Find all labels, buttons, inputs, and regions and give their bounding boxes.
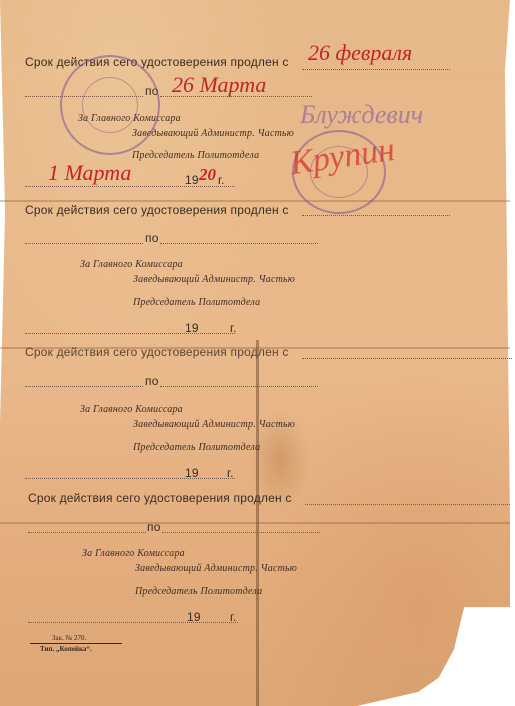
order-number: Зак. № 270. (52, 634, 86, 642)
chairman-label: Председатель Политотдела (135, 586, 262, 597)
date-field (25, 478, 235, 479)
fold-line (0, 522, 510, 524)
year-prefix: 19 (185, 321, 199, 335)
for-commissar-label: За Главного Комиссара (80, 259, 183, 270)
round-stamp-left (60, 55, 160, 155)
fold-line-vertical (256, 340, 259, 706)
chairman-label: Председатель Политотдела (133, 297, 260, 308)
admin-head-label: Заведывающий Администр. Частью (135, 563, 297, 574)
extended-from-field (302, 358, 512, 359)
admin-head-label: Заведывающий Администр. Частью (133, 419, 295, 430)
until-field (162, 532, 320, 533)
until-label: по (145, 374, 159, 388)
extended-from-label: Срок действия сего удостоверения продлен… (25, 203, 289, 217)
extended-from-label: Срок действия сего удостоверения продлен… (25, 345, 289, 359)
imprint-divider (30, 643, 122, 644)
admin-head-label: Заведывающий Администр. Частью (132, 128, 294, 139)
year-suffix: г. (227, 466, 234, 480)
chairman-label: Председатель Политотдела (132, 150, 259, 161)
extended-from-field (302, 215, 450, 216)
year-suffix: г. (218, 173, 225, 187)
year-suffix: г. (230, 321, 237, 335)
year-prefix: 19 (185, 466, 199, 480)
date-field (25, 186, 235, 187)
printer-name: Тип. „Копейка“. (40, 645, 92, 653)
until-field (160, 243, 318, 244)
for-commissar-label: За Главного Комиссара (82, 548, 185, 559)
purple-signature: Блуждевич (300, 100, 423, 130)
extended-from-label: Срок действия сего удостоверения продлен… (28, 491, 292, 505)
for-commissar-label: За Главного Комиссара (80, 404, 183, 415)
chairman-label: Председатель Политотдела (133, 442, 260, 453)
until-field-left (28, 532, 146, 533)
admin-head-label: Заведывающий Администр. Частью (133, 274, 295, 285)
date-value: 1 Марта (48, 160, 131, 186)
year-suffix: г. (230, 610, 237, 624)
until-field (160, 386, 318, 387)
year-prefix: 19 (187, 610, 201, 624)
date-field (28, 622, 238, 623)
until-value: 26 Марта (172, 72, 266, 98)
until-label: по (145, 231, 159, 245)
until-field-left (25, 243, 143, 244)
fold-line (0, 200, 510, 202)
extended-from-field (305, 504, 510, 505)
year-prefix: 19 (185, 173, 199, 187)
year-value: 20 (199, 165, 216, 185)
until-field-left (25, 386, 143, 387)
extended-from-label: Срок действия сего удостоверения продлен… (25, 55, 289, 69)
extended-from-field (302, 69, 450, 70)
extended-from-value: 26 февраля (308, 40, 412, 66)
date-field (25, 333, 235, 334)
until-label: по (147, 520, 161, 534)
